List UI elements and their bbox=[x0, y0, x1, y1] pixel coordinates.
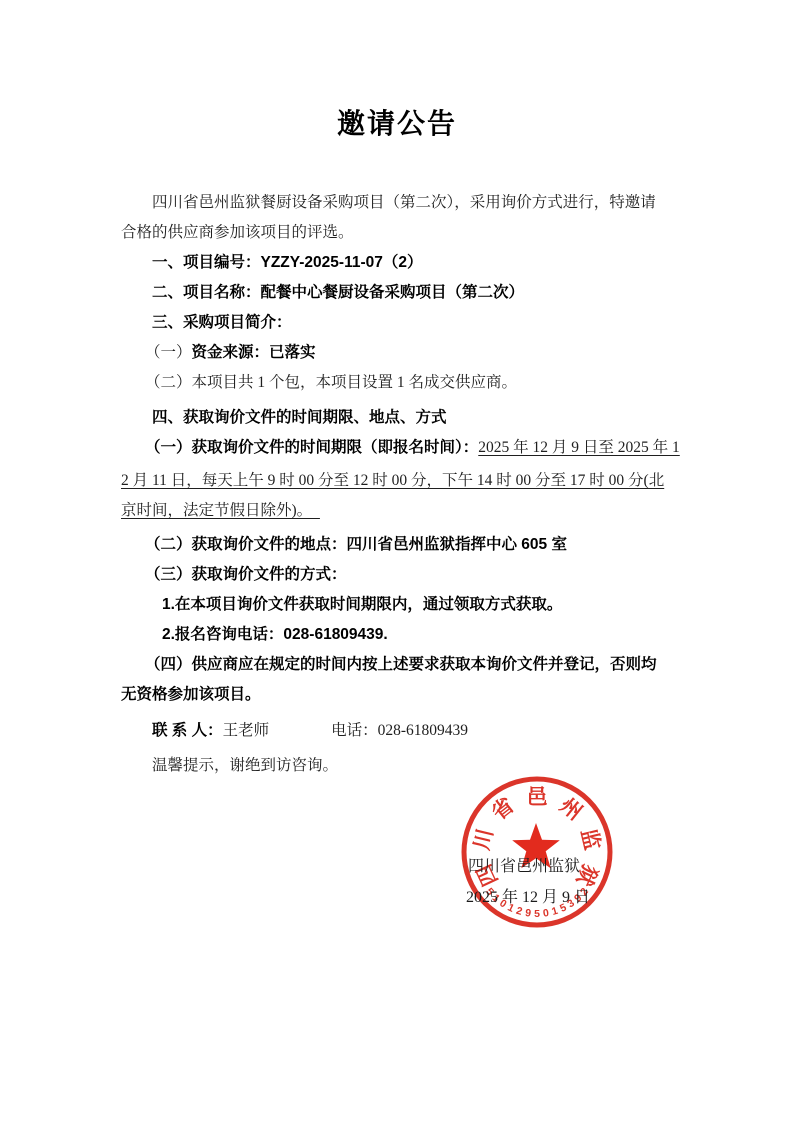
text-run: （三）获取询价文件的方式： bbox=[145, 566, 347, 583]
doc-line: 三、采购项目简介： bbox=[121, 308, 711, 338]
official-seal: 四川省邑州监狱 5101295015392 bbox=[450, 765, 624, 939]
doc-line: （一）资金来源：已落实 bbox=[121, 338, 711, 368]
doc-line: （二）本项目共 1 个包，本项目设置 1 名成交供应商。 bbox=[121, 368, 711, 398]
text-run: 三、采购项目简介： bbox=[152, 314, 292, 331]
text-run: 无资格参加该项目。 bbox=[121, 686, 261, 703]
text-run: （二）本项目共 1 个包，本项目设置 1 名成交供应商。 bbox=[145, 374, 517, 391]
text-run: 2 月 11 日，每天上午 9 时 00 分至 12 时 00 分，下午 14 … bbox=[121, 472, 664, 489]
text-run: 合格的供应商参加该项目的评选。 bbox=[121, 224, 354, 241]
seal-org-text: 四川省邑州监狱 bbox=[468, 857, 580, 877]
text-run: 京时间，法定节假日除外)。 bbox=[121, 502, 320, 519]
text-run: 四、获取询价文件的时间期限、地点、方式 bbox=[152, 409, 447, 426]
doc-line: 合格的供应商参加该项目的评选。 bbox=[121, 218, 711, 248]
document-page: 邀请公告 四川省邑州监狱餐厨设备采购项目（第二次），采用询价方式进行，特邀请合格… bbox=[0, 0, 794, 1123]
doc-line: （一）获取询价文件的时间期限（即报名时间）：2025 年 12 月 9 日至 2… bbox=[121, 433, 711, 463]
page-title: 邀请公告 bbox=[0, 102, 794, 142]
doc-line: 2.报名咨询电话：028-61809439. bbox=[121, 620, 711, 650]
text-run: 1.在本项目询价文件获取时间期限内，通过领取方式获取。 bbox=[162, 596, 562, 613]
doc-line: 1.在本项目询价文件获取时间期限内，通过领取方式获取。 bbox=[121, 590, 711, 620]
text-run: 温馨提示，谢绝到访咨询。 bbox=[152, 757, 338, 774]
seal-ring-char: 川 bbox=[470, 827, 497, 853]
seal-code-digit: 5 bbox=[534, 908, 540, 920]
seal-date-text: 2025 年 12 月 9 日 bbox=[466, 888, 590, 908]
text-run: 资金来源：已落实 bbox=[192, 344, 316, 361]
seal-code-digit: 9 bbox=[524, 907, 532, 920]
doc-line: 一、项目编号：YZZY-2025-11-07（2） bbox=[121, 248, 711, 278]
doc-line: （三）获取询价文件的方式： bbox=[121, 560, 711, 590]
doc-line: （四）供应商应在规定的时间内按上述要求获取本询价文件并登记，否则均 bbox=[121, 650, 711, 680]
doc-line: 无资格参加该项目。 bbox=[121, 680, 711, 710]
doc-line: 2 月 11 日，每天上午 9 时 00 分至 12 时 00 分，下午 14 … bbox=[121, 466, 711, 496]
doc-line: 四川省邑州监狱餐厨设备采购项目（第二次），采用询价方式进行，特邀请 bbox=[121, 188, 711, 218]
doc-line: 二、项目名称：配餐中心餐厨设备采购项目（第二次） bbox=[121, 278, 711, 308]
text-run: （一）获取询价文件的时间期限（即报名时间）： bbox=[145, 439, 478, 456]
doc-body: 四川省邑州监狱餐厨设备采购项目（第二次），采用询价方式进行，特邀请合格的供应商参… bbox=[121, 188, 711, 781]
doc-line: 四、获取询价文件的时间期限、地点、方式 bbox=[121, 403, 711, 433]
doc-line: 联 系 人：王老师 电话：028-61809439 bbox=[121, 716, 711, 746]
text-run: （二）获取询价文件的地点：四川省邑州监狱指挥中心 605 室 bbox=[145, 536, 567, 553]
text-run: 联 系 人： bbox=[152, 722, 223, 739]
seal-ring-char: 邑 bbox=[527, 786, 548, 809]
text-run: （四）供应商应在规定的时间内按上述要求获取本询价文件并登记，否则均 bbox=[145, 656, 657, 673]
text-run: 二、项目名称：配餐中心餐厨设备采购项目（第二次） bbox=[152, 284, 524, 301]
text-run: （一） bbox=[145, 344, 192, 361]
doc-line: （二）获取询价文件的地点：四川省邑州监狱指挥中心 605 室 bbox=[121, 530, 711, 560]
text-run: 一、项目编号：YZZY-2025-11-07（2） bbox=[152, 254, 422, 271]
seal-ring-char: 州 bbox=[555, 794, 586, 825]
seal-ring-char: 监 bbox=[576, 826, 604, 852]
doc-line: 京时间，法定节假日除外)。 bbox=[121, 496, 711, 526]
text-run: 四川省邑州监狱餐厨设备采购项目（第二次），采用询价方式进行，特邀请 bbox=[152, 194, 656, 211]
text-run: 2.报名咨询电话：028-61809439. bbox=[162, 626, 388, 643]
seal-code-digit: 0 bbox=[542, 907, 550, 920]
text-run: 2025 年 12 月 9 日至 2025 年 1 bbox=[478, 439, 680, 456]
text-run: 王老师 电话：028-61809439 bbox=[223, 722, 468, 739]
